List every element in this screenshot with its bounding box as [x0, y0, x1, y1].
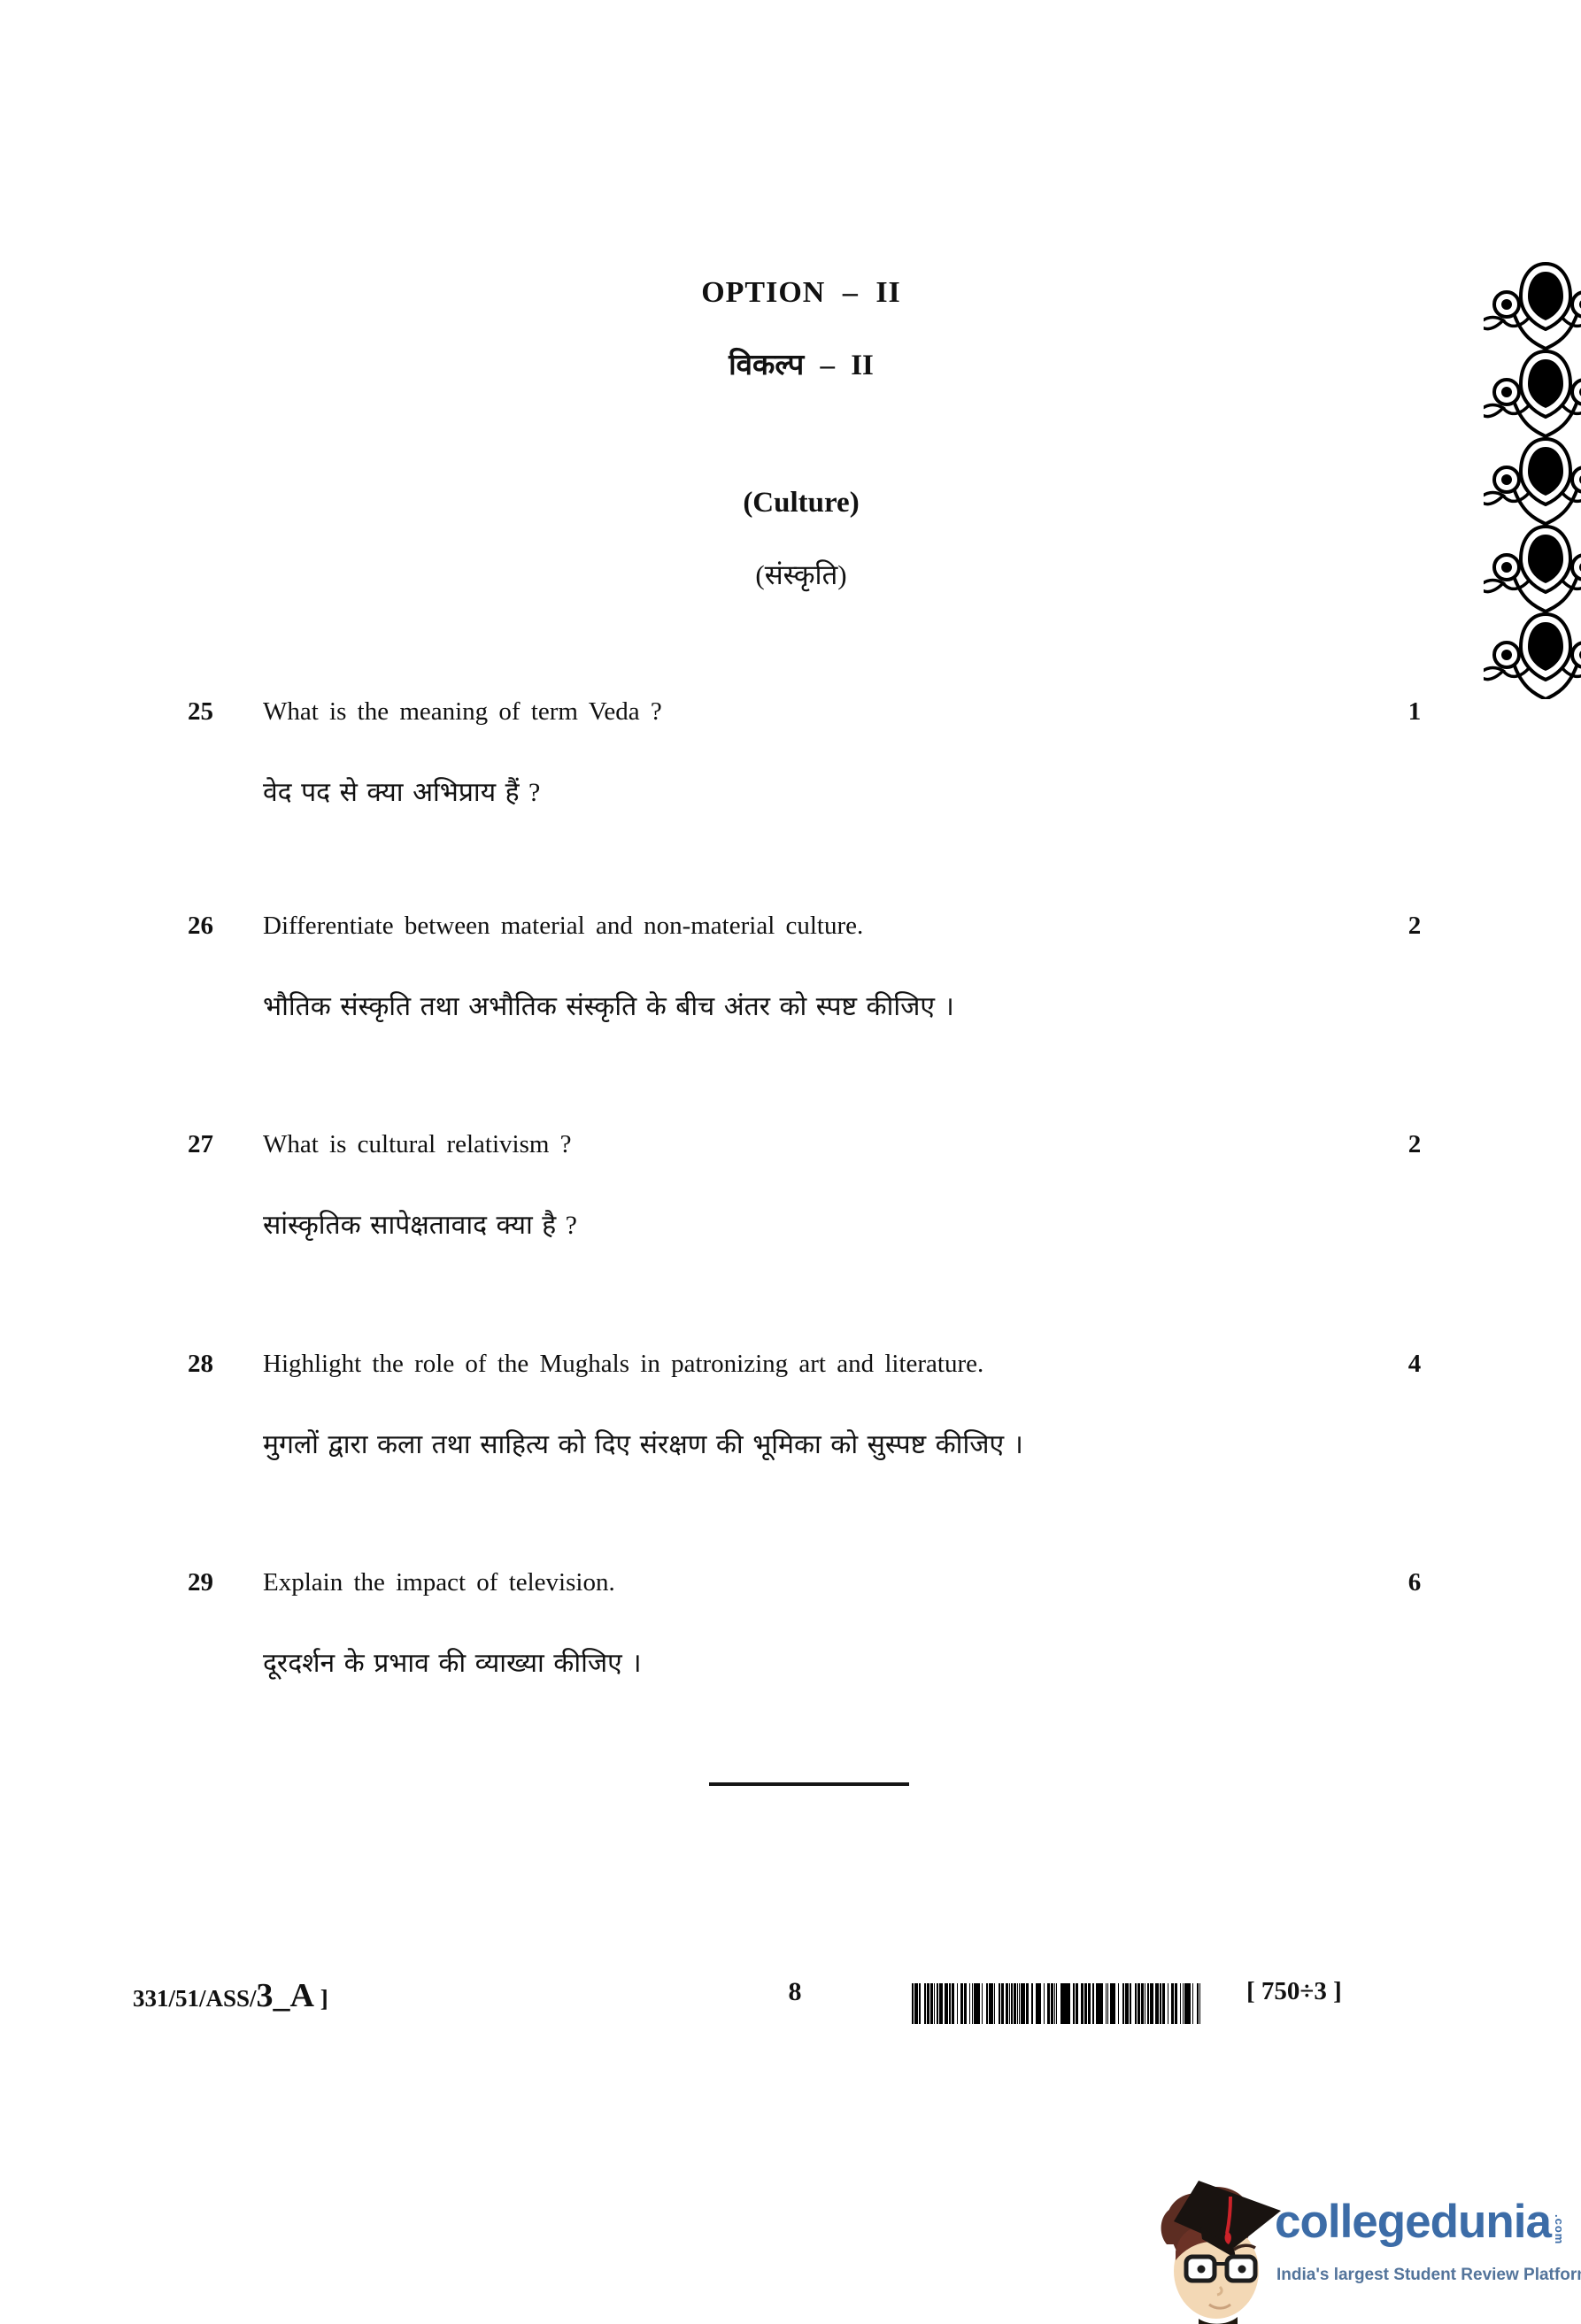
question-text-hindi: दूरदर्शन के प्रभाव की व्याख्या कीजिए । [263, 1643, 1387, 1680]
page: { "header": { "title": "OPTION – II", "t… [0, 0, 1581, 2324]
subject-title: (Culture) [0, 487, 1581, 519]
question-marks: 1 [1386, 697, 1443, 727]
logo-tld: .com [1553, 2214, 1566, 2244]
question-text-hindi: सांस्कृतिक सापेक्षतावाद क्या है ? [263, 1205, 1387, 1242]
option-title-hindi: विकल्प – II [0, 343, 1581, 383]
question-text-hindi: मुगलों द्वारा कला तथा साहित्य को दिए संर… [263, 1425, 1387, 1461]
paper-code-bracket: ] [314, 1985, 328, 2012]
collegedunia-logo: collegedunia .com India's largest Studen… [1142, 2159, 1581, 2324]
logo-wordmark: collegedunia [1275, 2195, 1551, 2249]
question-marks: 2 [1386, 912, 1443, 941]
question-number: 28 [188, 1350, 213, 1379]
question-number: 29 [188, 1568, 213, 1597]
question-text-hindi: भौतिक संस्कृति तथा अभौतिक संस्कृति के बी… [263, 987, 1387, 1023]
question-number: 26 [188, 912, 213, 941]
question-text-english: Highlight the role of the Mughals in pat… [263, 1350, 1352, 1379]
page-number: 8 [768, 1977, 821, 2007]
section-end-rule [709, 1782, 909, 1786]
question-marks: 4 [1386, 1350, 1443, 1379]
paper-code-set: 3_A [257, 1977, 314, 2014]
logo-tagline: India's largest Student Review Platform [1276, 2266, 1577, 2285]
barcode [912, 1983, 1200, 2024]
question-text-english: Differentiate between material and non-m… [263, 912, 1352, 941]
mascot-icon [1153, 2175, 1281, 2324]
question-marks: 6 [1386, 1568, 1443, 1597]
option-title: OPTION – II [0, 276, 1581, 310]
paper-code: 331/51/ASS/3_A ] [133, 1976, 328, 2015]
question-text-english: What is the meaning of term Veda ? [263, 697, 1352, 727]
print-run-info: [ 750÷3 ] [1246, 1977, 1342, 2006]
question-text-english: What is cultural relativism ? [263, 1130, 1352, 1159]
subject-title-hindi: (संस्कृति) [0, 556, 1581, 593]
question-number: 27 [188, 1130, 213, 1159]
question-text-english: Explain the impact of television. [263, 1568, 1352, 1597]
paper-code-prefix: 331/51/ASS/ [133, 1985, 257, 2012]
question-marks: 2 [1386, 1130, 1443, 1159]
decorative-border-pattern [1484, 262, 1581, 699]
question-text-hindi: वेद पद से क्या अभिप्राय हैं ? [263, 773, 1387, 809]
question-number: 25 [188, 697, 213, 727]
